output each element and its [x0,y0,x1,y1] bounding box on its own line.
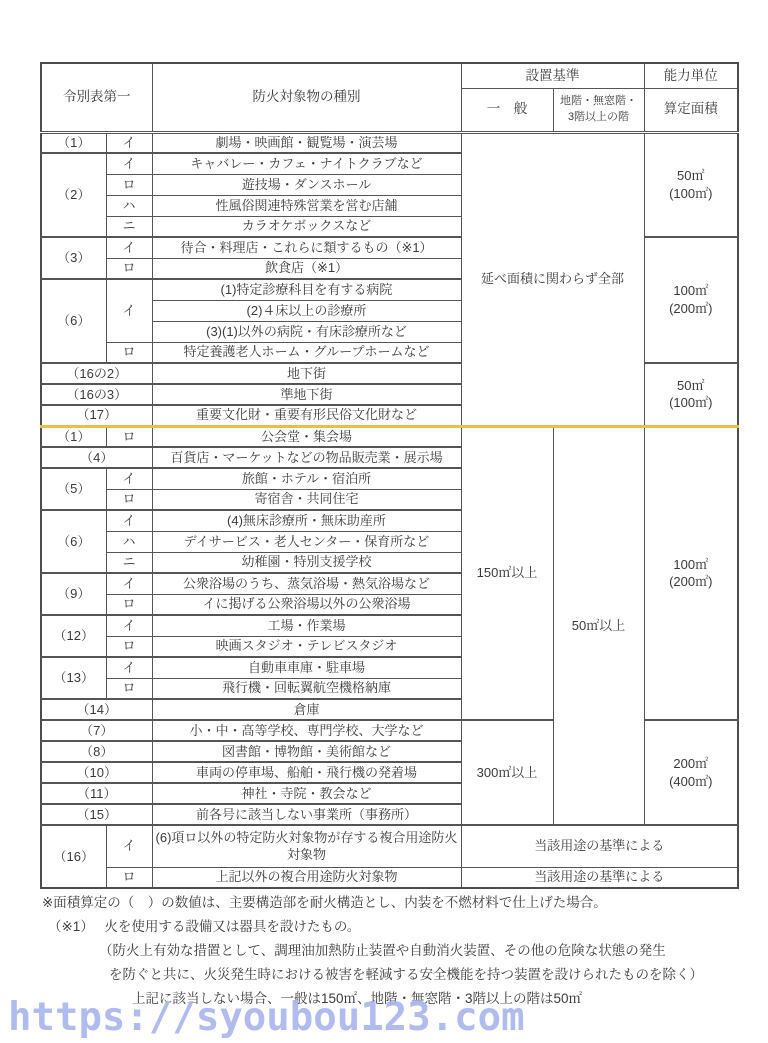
header-calc-area: 算定面積 [644,88,738,132]
table-row: （1）イ劇場・映画館・観覧場・演芸場延べ面積に関わらず全部50㎡ (100㎡) [41,132,738,153]
row-type-cell: (4)無床診療所・無床助産所 [152,510,461,531]
row-number-cell: （3） [41,237,106,279]
row-number-cell: （6） [41,510,106,573]
row-type-cell: 工場・作業場 [152,615,461,636]
row-type-cell: デイサービス・老人センター・保育所など [152,531,461,552]
row-number-cell: （14） [41,699,152,720]
row-kana-cell: イ [106,510,152,531]
table-row: （1）ロ公会堂・集会場150㎡以上50㎡以上100㎡ (200㎡) [41,426,738,447]
row-kana-cell: ニ [106,216,152,237]
row-kana-cell: ロ [106,342,152,363]
row-kana-cell: ロ [106,174,152,195]
row-type-cell: キャバレー・カフェ・ナイトクラブなど [152,153,461,174]
footnote-line: （防火上有効な措置として、調理油加熱防止装置や自動消火装置、その他の危険な状態の… [42,939,742,963]
footnote-line: ※面積算定の（ ）の数値は、主要構造部を耐火構造とし、内装を不燃材料で仕上げた場… [42,891,742,915]
standard-general-cell: 150㎡以上 [461,426,553,720]
row-type-cell: (6)項ロ以外の特定防火対象物が存する複合用途防火対象物 [152,825,461,867]
row-number-cell: （16の2） [41,363,152,384]
row-kana-cell: ロ [106,489,152,510]
row-kana-cell: イ [106,573,152,594]
row-number-cell: （1） [41,426,106,447]
row-type-cell: 性風俗関連特殊営業を営む店舗 [152,195,461,216]
row-kana-cell: イ [106,468,152,489]
row-number-cell: （4） [41,447,152,468]
row-type-cell: カラオケボックスなど [152,216,461,237]
row-type-cell: 遊技場・ダンスホール [152,174,461,195]
footnote-line: （※1） 火を使用する設備又は器具を設けたもの。 [42,915,742,939]
row-type-cell: 前各号に該当しない事業所（事務所） [152,804,461,825]
header-capacity: 能力単位 [644,63,738,88]
row-kana-cell: イ [106,237,152,258]
standard-general-cell: 300㎡以上 [461,720,553,825]
capacity-cell: 50㎡ (100㎡) [644,363,738,426]
page: 令別表第一 防火対象物の種別 設置基準 能力単位 一 般 地階・無窓階・ 3階以… [0,0,768,1043]
row-kana-cell: ロ [106,258,152,279]
row-type-cell: (2)４床以上の診療所 [152,300,461,321]
row-number-cell: （7） [41,720,152,741]
table-header: 令別表第一 防火対象物の種別 設置基準 能力単位 一 般 地階・無窓階・ 3階以… [41,63,738,132]
standard-cell: 当該用途の基準による [461,825,738,867]
row-kana-cell: ハ [106,531,152,552]
row-number-cell: （1） [41,132,106,153]
row-type-cell: 車両の停車場、船舶・飛行機の発着場 [152,762,461,783]
row-kana-cell: ロ [106,636,152,657]
row-type-cell: 重要文化財・重要有形民俗文化財など [152,405,461,426]
row-type-cell: (3)(1)以外の病院・有床診療所など [152,321,461,342]
standard-cell: 延べ面積に関わらず全部 [461,132,644,426]
row-kana-cell: イ [106,279,152,342]
row-type-cell: 上記以外の複合用途防火対象物 [152,867,461,888]
row-number-cell: （6） [41,279,106,363]
row-type-cell: 図書館・博物館・美術館など [152,741,461,762]
table-row: （16）イ(6)項ロ以外の特定防火対象物が存する複合用途防火対象物当該用途の基準… [41,825,738,867]
row-type-cell: (1)特定診療科目を有する病院 [152,279,461,300]
header-reference: 令別表第一 [41,63,152,132]
row-kana-cell: イ [106,615,152,636]
row-type-cell: 公衆浴場のうち、蒸気浴場・熱気浴場など [152,573,461,594]
row-number-cell: （16の3） [41,384,152,405]
row-number-cell: （15） [41,804,152,825]
standard-cell: 当該用途の基準による [461,867,738,888]
row-type-cell: 公会堂・集会場 [152,426,461,447]
row-number-cell: （12） [41,615,106,657]
row-number-cell: （13） [41,657,106,699]
row-type-cell: 地下街 [152,363,461,384]
standard-basement-cell: 50㎡以上 [553,426,644,825]
header-row-1: 令別表第一 防火対象物の種別 設置基準 能力単位 [41,63,738,88]
row-number-cell: （11） [41,783,152,804]
table-row: ロ上記以外の複合用途防火対象物当該用途の基準による [41,867,738,888]
header-standard: 設置基準 [461,63,644,88]
row-type-cell: 待合・料理店・これらに類するもの（※1） [152,237,461,258]
row-type-cell: 飛行機・回転翼航空機格納庫 [152,678,461,699]
row-type-cell: 準地下街 [152,384,461,405]
row-number-cell: （9） [41,573,106,615]
row-type-cell: 飲食店（※1） [152,258,461,279]
row-number-cell: （2） [41,153,106,237]
row-kana-cell: ロ [106,678,152,699]
row-type-cell: 映画スタジオ・テレビスタジオ [152,636,461,657]
row-type-cell: 百貨店・マーケットなどの物品販売業・展示場 [152,447,461,468]
row-kana-cell: イ [106,153,152,174]
row-kana-cell: イ [106,825,152,867]
footnotes: ※面積算定の（ ）の数値は、主要構造部を耐火構造とし、内装を不燃材料で仕上げた場… [42,891,742,1011]
row-type-cell: 神社・寺院・教会など [152,783,461,804]
row-number-cell: （5） [41,468,106,510]
row-number-cell: （16） [41,825,106,888]
row-kana-cell: ロ [106,426,152,447]
capacity-cell: 200㎡ (400㎡) [644,720,738,825]
row-kana-cell: ニ [106,552,152,573]
capacity-cell: 100㎡ (200㎡) [644,426,738,720]
row-number-cell: （10） [41,762,152,783]
footnote-line: を防ぐと共に、火災発生時における被害を軽減する安全機能を持つ装置を設けられたもの… [42,963,742,987]
row-type-cell: 幼稚園・特別支援学校 [152,552,461,573]
row-type-cell: 特定養護老人ホーム・グループホームなど [152,342,461,363]
row-kana-cell: イ [106,132,152,153]
row-type-cell: 劇場・映画館・観覧場・演芸場 [152,132,461,153]
header-type: 防火対象物の種別 [152,63,461,132]
fire-protection-standards-table: 令別表第一 防火対象物の種別 設置基準 能力単位 一 般 地階・無窓階・ 3階以… [40,62,739,889]
table-body: （1）イ劇場・映画館・観覧場・演芸場延べ面積に関わらず全部50㎡ (100㎡)（… [41,132,738,888]
row-type-cell: イに掲げる公衆浴場以外の公衆浴場 [152,594,461,615]
row-type-cell: 小・中・高等学校、専門学校、大学など [152,720,461,741]
row-kana-cell: イ [106,657,152,678]
watermark-url: https://syoubou123.com [8,995,525,1040]
row-kana-cell: ロ [106,594,152,615]
row-kana-cell: ロ [106,867,152,888]
capacity-cell: 100㎡ (200㎡) [644,237,738,363]
row-kana-cell: ハ [106,195,152,216]
header-general: 一 般 [461,88,553,132]
row-type-cell: 自動車車庫・駐車場 [152,657,461,678]
header-basement: 地階・無窓階・ 3階以上の階 [553,88,644,132]
row-type-cell: 寄宿舎・共同住宅 [152,489,461,510]
row-type-cell: 旅館・ホテル・宿泊所 [152,468,461,489]
capacity-cell: 50㎡ (100㎡) [644,132,738,237]
row-number-cell: （8） [41,741,152,762]
row-type-cell: 倉庫 [152,699,461,720]
row-number-cell: （17） [41,405,152,426]
